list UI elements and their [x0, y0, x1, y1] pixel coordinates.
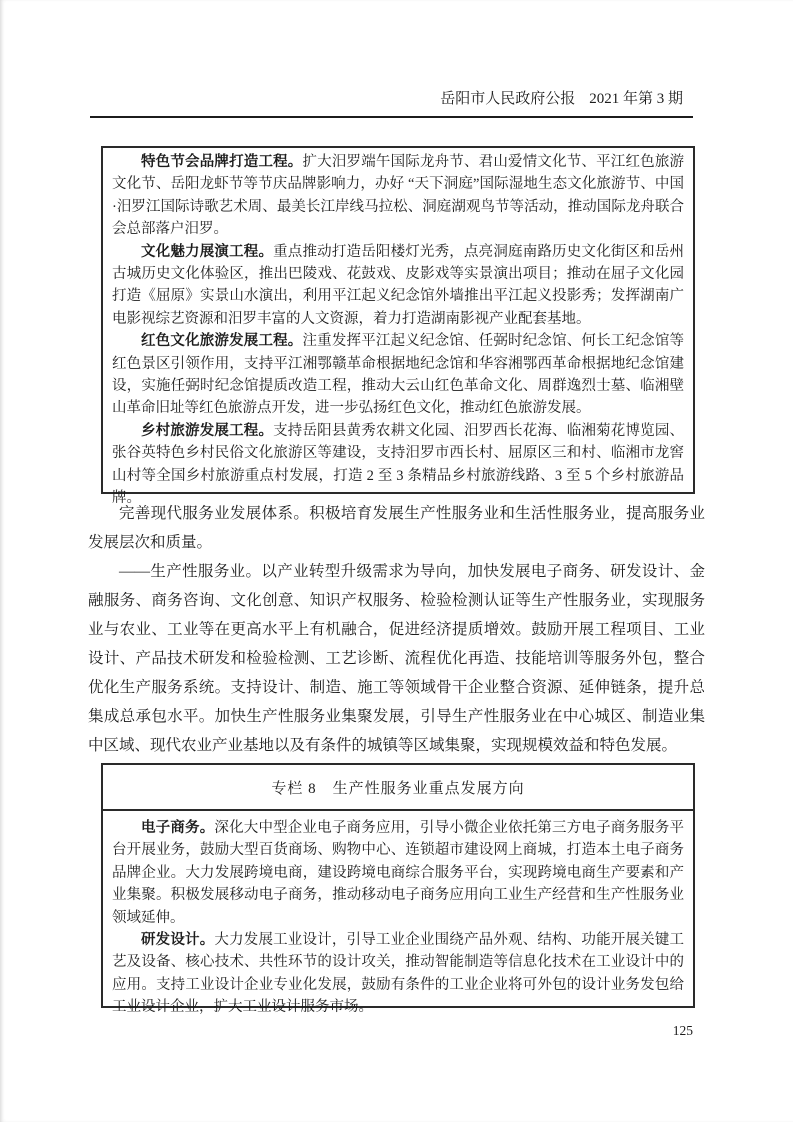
box-paragraph: 红色文化旅游发展工程。注重发挥平江起义纪念馆、任弼时纪念馆、何长工纪念馆等红色景…	[112, 330, 684, 420]
paragraph-lead: 特色节会品牌打造工程。	[141, 154, 303, 170]
column-box-8: 专栏 8 生产性服务业重点发展方向 电子商务。深化大中型企业电子商务应用，引导小…	[101, 763, 695, 1008]
body-paragraph: ——生产性服务业。以产业转型升级需求为导向，加快发展电子商务、研发设计、金融服务…	[88, 557, 705, 760]
gazette-title: 岳阳市人民政府公报	[440, 91, 575, 107]
box-paragraph: 文化魅力展演工程。重点推动打造岳阳楼灯光秀，点亮洞庭南路历史文化街区和岳州古城历…	[112, 241, 684, 331]
page-header: 岳阳市人民政府公报2021 年第 3 期	[90, 88, 683, 110]
paragraph-lead: 电子商务。	[141, 820, 214, 836]
body-paragraph: 完善现代服务业发展体系。积极培育发展生产性服务业和生活性服务业，提高服务业发展层…	[88, 499, 705, 557]
paragraph-lead: 乡村旅游发展工程。	[141, 423, 273, 439]
main-text: 完善现代服务业发展体系。积极培育发展生产性服务业和生活性服务业，提高服务业发展层…	[88, 499, 705, 760]
gazette-page: 岳阳市人民政府公报2021 年第 3 期 特色节会品牌打造工程。扩大汨罗端午国际…	[0, 0, 793, 1122]
column-box-title: 专栏 8 生产性服务业重点发展方向	[103, 765, 693, 811]
gazette-issue: 2021 年第 3 期	[589, 91, 683, 107]
paragraph-lead: 文化魅力展演工程。	[141, 244, 273, 260]
column-box-tourism-projects: 特色节会品牌打造工程。扩大汨罗端午国际龙舟节、君山爱情文化节、平江红色旅游文化节…	[101, 146, 695, 494]
header-rule	[90, 116, 693, 118]
box-paragraph: 电子商务。深化大中型企业电子商务应用，引导小微企业依托第三方电子商务服务平台开展…	[112, 817, 684, 929]
column-box-body: 电子商务。深化大中型企业电子商务应用，引导小微企业依托第三方电子商务服务平台开展…	[103, 811, 693, 1019]
paragraph-lead: 研发设计。	[141, 932, 214, 948]
page-number: 125	[90, 1023, 693, 1039]
paragraph-lead: 红色文化旅游发展工程。	[141, 333, 303, 349]
box-paragraph: 研发设计。大力发展工业设计，引导工业企业围绕产品外观、结构、功能开展关键工艺及设…	[112, 929, 684, 1019]
box-paragraph: 特色节会品牌打造工程。扩大汨罗端午国际龙舟节、君山爱情文化节、平江红色旅游文化节…	[112, 151, 684, 241]
box-paragraph: 乡村旅游发展工程。支持岳阳县黄秀农耕文化园、汨罗西长花海、临湘菊花博览园、张谷英…	[112, 420, 684, 510]
